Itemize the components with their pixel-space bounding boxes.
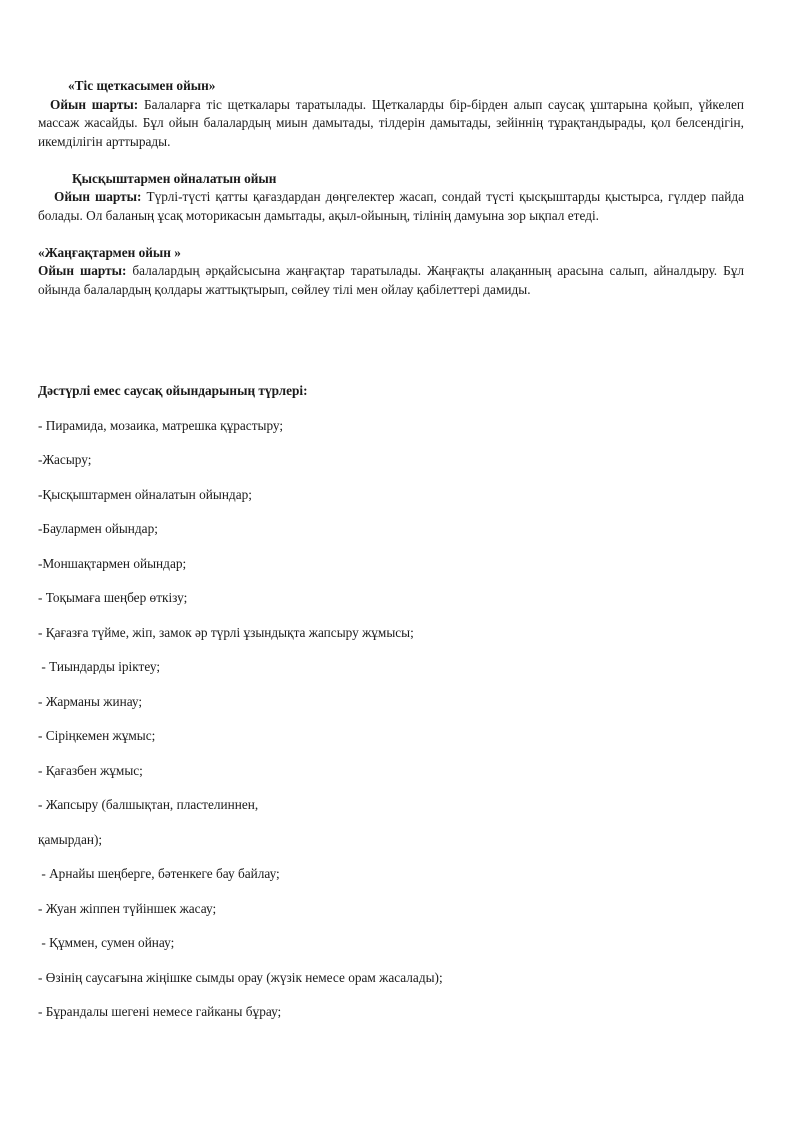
- section-rule-toothbrush: Ойын шарты: Балаларға тіс щеткалары тара…: [38, 96, 744, 152]
- section-title-nuts: «Жаңғақтармен ойын »: [38, 244, 744, 263]
- list-item: -Моншақтармен ойындар;: [38, 555, 744, 574]
- list-item: - Сіріңкемен жұмыс;: [38, 727, 744, 746]
- list-heading: Дәстүрлі емес саусақ ойындарының түрлері…: [38, 382, 744, 401]
- spacer: [38, 151, 744, 170]
- list-item: - Қағазға түйме, жіп, замок әр түрлі ұзы…: [38, 624, 744, 643]
- section-title-toothbrush: «Тіс щеткасымен ойын»: [38, 77, 744, 96]
- list-item: - Қағазбен жұмыс;: [38, 762, 744, 781]
- document-body: «Тіс щеткасымен ойын» Ойын шарты: Балала…: [38, 77, 744, 299]
- list-item: -Жасыру;: [38, 451, 744, 470]
- list-item: - Жуан жіппен түйіншек жасау;: [38, 900, 744, 919]
- rule-label: Ойын шарты:: [50, 97, 138, 112]
- rule-label: Ойын шарты:: [54, 189, 142, 204]
- list-item: - Жапсыру (балшықтан, пластелиннен,: [38, 796, 744, 815]
- rule-text: Балаларға тіс щеткалары таратылады. Щетк…: [38, 97, 744, 149]
- list-item: -Қысқыштармен ойналатын ойындар;: [38, 486, 744, 505]
- rule-text: Түрлі-түсті қатты қағаздардан дөңгелекте…: [38, 189, 744, 223]
- list-item: - Жарманы жинау;: [38, 693, 744, 712]
- section-rule-nuts: Ойын шарты: балалардың әрқайсысына жаңға…: [38, 262, 744, 299]
- spacer: [38, 225, 744, 244]
- finger-games-list: Дәстүрлі емес саусақ ойындарының түрлері…: [38, 382, 744, 1038]
- list-item: қамырдан);: [38, 831, 744, 850]
- list-item: - Арнайы шеңберге, бәтенкеге бау байлау;: [38, 865, 744, 884]
- list-item: - Пирамида, мозаика, матрешка құрастыру;: [38, 417, 744, 436]
- section-rule-clips: Ойын шарты: Түрлі-түсті қатты қағаздарда…: [38, 188, 744, 225]
- rule-text: балалардың әрқайсысына жаңғақтар таратыл…: [38, 263, 744, 297]
- list-item: - Құммен, сумен ойнау;: [38, 934, 744, 953]
- list-items: - Пирамида, мозаика, матрешка құрастыру;…: [38, 417, 744, 1022]
- rule-label: Ойын шарты:: [38, 263, 126, 278]
- list-item: - Тиындарды іріктеу;: [38, 658, 744, 677]
- list-item: - Өзінің саусағына жіңішке сымды орау (ж…: [38, 969, 744, 988]
- section-title-clips: Қысқыштармен ойналатын ойын: [38, 170, 744, 189]
- list-item: - Бұрандалы шегені немесе гайканы бұрау;: [38, 1003, 744, 1022]
- list-item: -Баулармен ойындар;: [38, 520, 744, 539]
- list-item: - Тоқымаға шеңбер өткізу;: [38, 589, 744, 608]
